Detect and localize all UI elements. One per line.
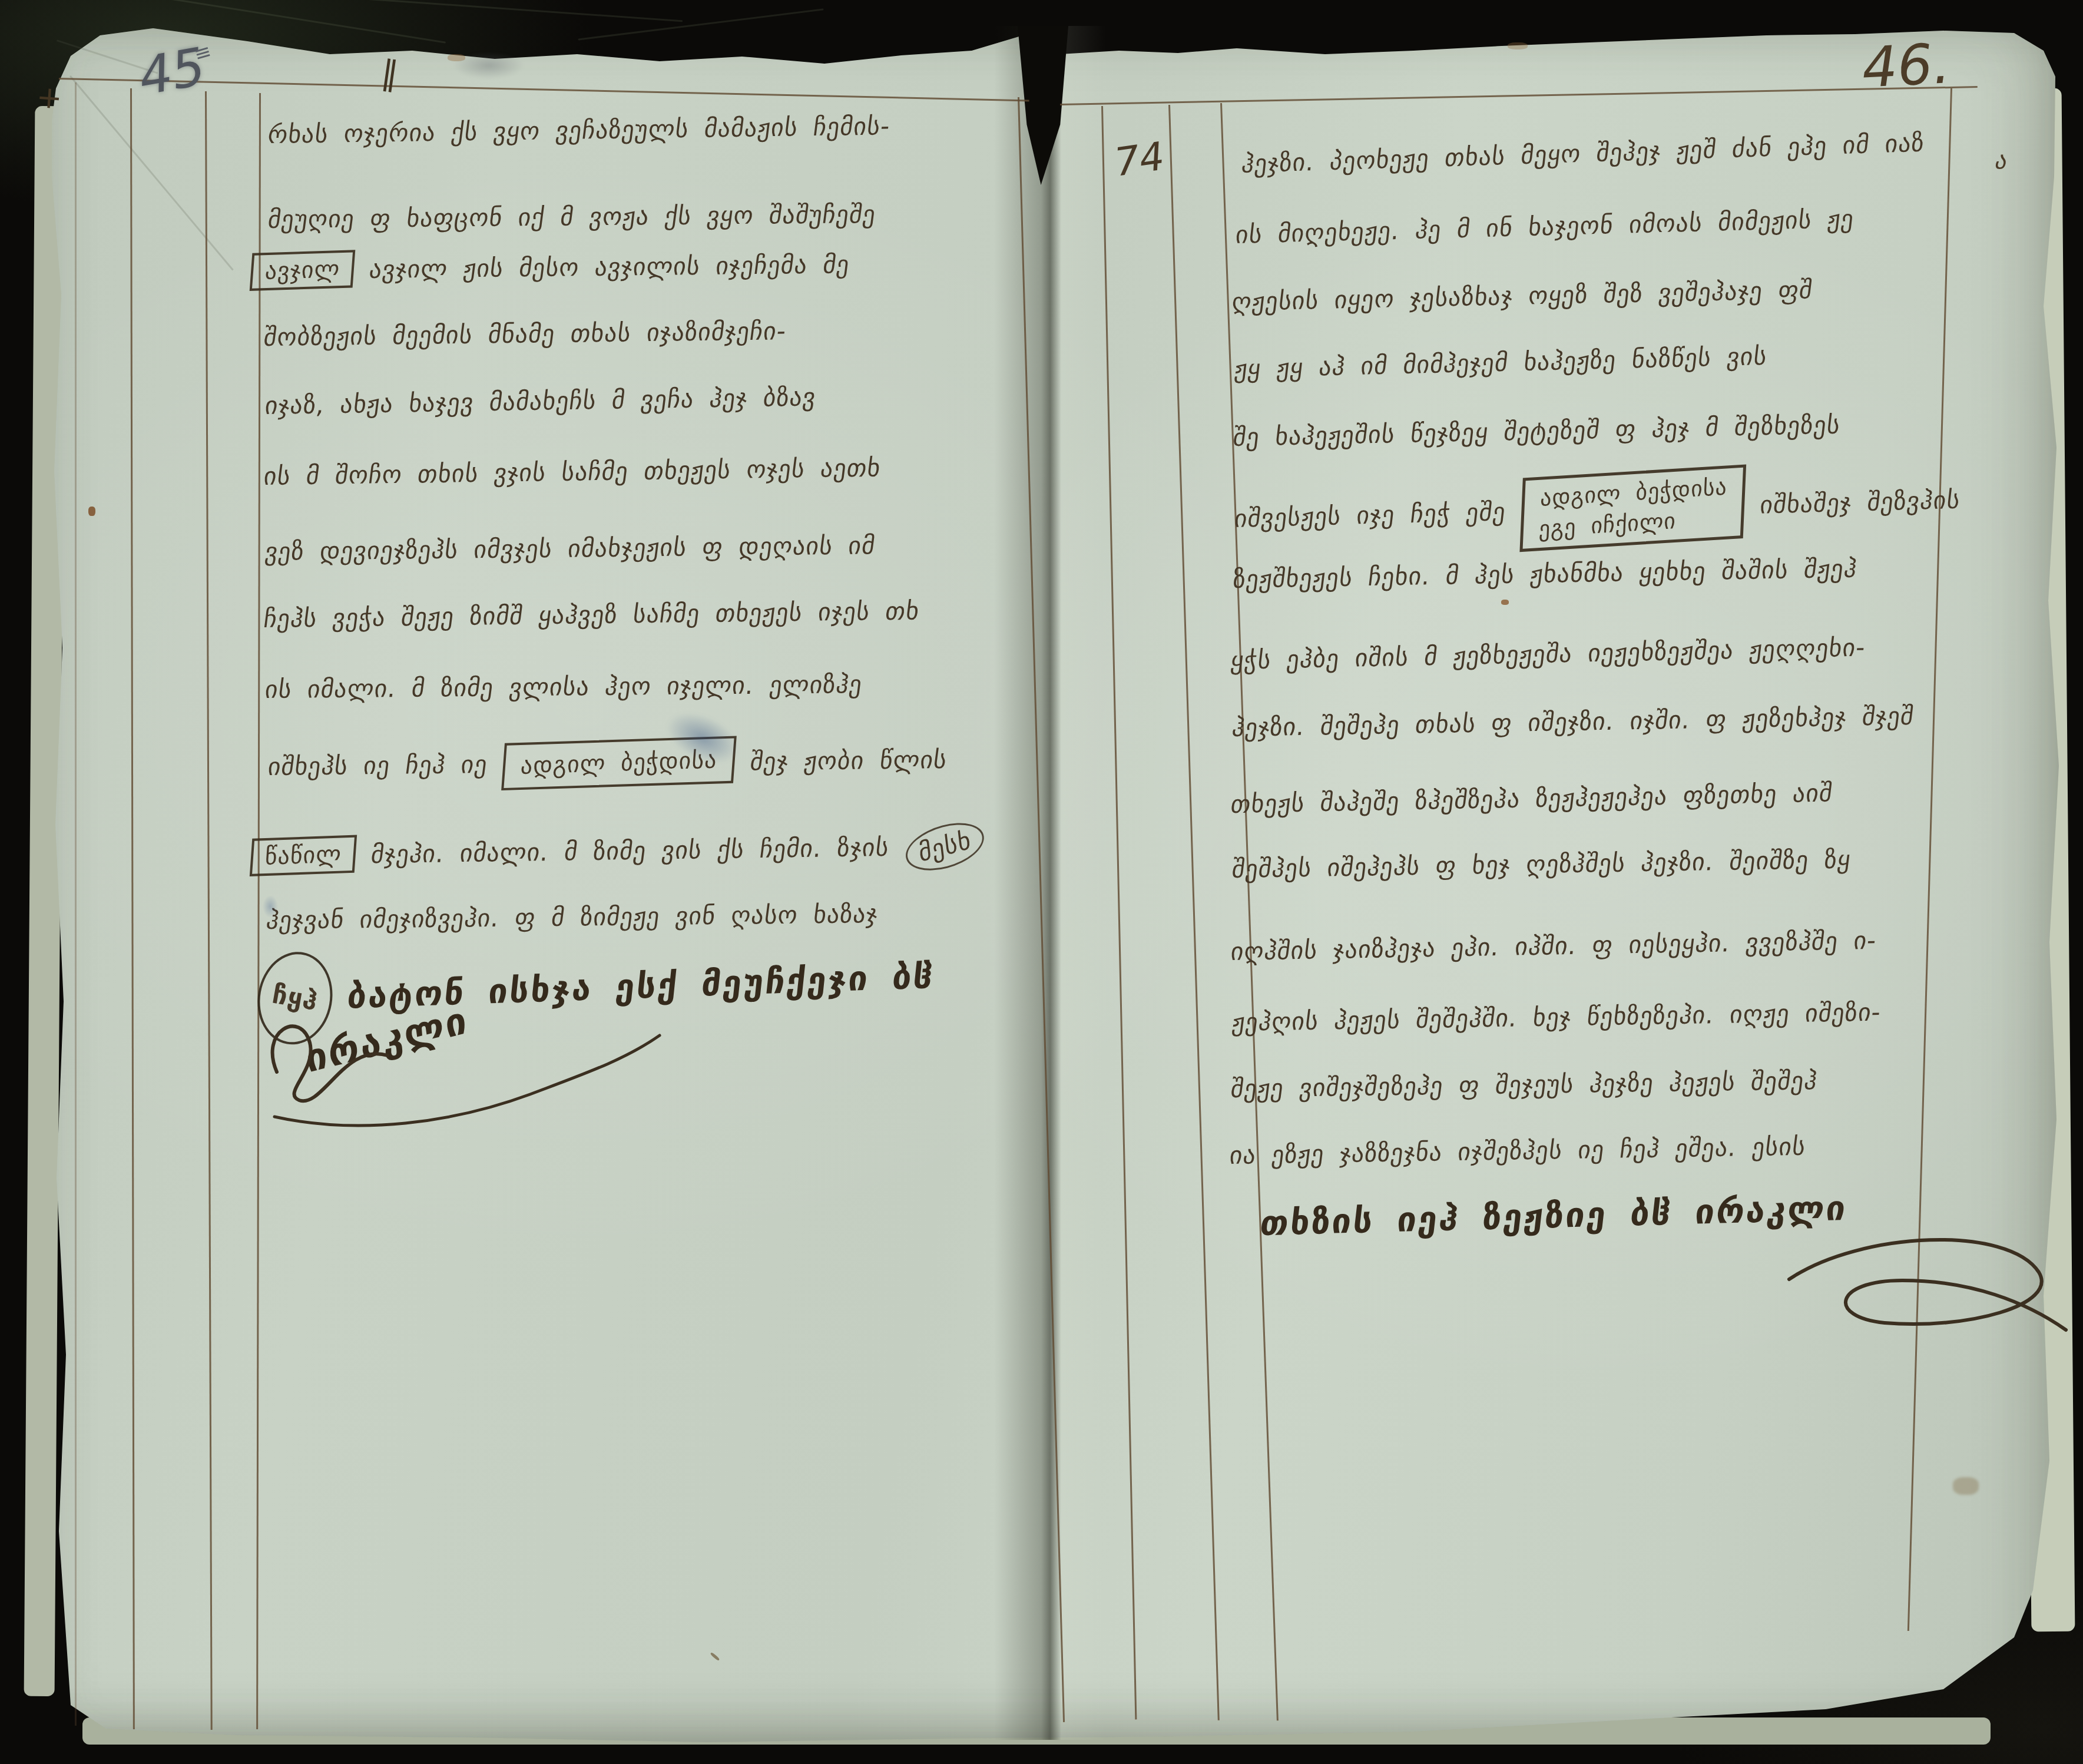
boxed-word: წაწილ — [250, 835, 357, 876]
handwritten-line-with-seal-box: იშხეჰს იე ჩეჰ იე ადგილ ბეჭდისა შეჯ ჟობი … — [268, 736, 948, 790]
signature-flourish-left — [253, 1001, 677, 1143]
ruled-line-vertical — [75, 82, 77, 1726]
page-number-right: 46. — [1860, 32, 1952, 101]
handwritten-line: მეუღიე ფ ხაფცონ იქ მ ვოჟა ქს ვყო შაშუჩეშ… — [268, 202, 876, 232]
cover-scratch — [578, 8, 823, 40]
blue-ink-dot — [263, 895, 278, 918]
edge-cross-mark: + — [35, 80, 60, 116]
rust-speck — [1501, 600, 1509, 605]
handwritten-line: ვეზ დევიეჯზეჰს იმვჯეს იმახჯეჟის ფ დეღაის… — [265, 533, 876, 564]
edge-stain — [1508, 42, 1528, 49]
margin-letter: ა — [1994, 147, 2006, 174]
cover-scratch — [307, 0, 683, 22]
margin-number: 74 — [1112, 134, 1167, 186]
handwritten-line-with-box: ავჯილ ავჯილ ჟის მესო ავჯილის იჯეჩემა მე — [251, 246, 850, 290]
seal-box-line: ეგე იჩქილი — [1538, 505, 1727, 542]
signature-flourish-right — [1773, 1209, 2079, 1385]
rust-speck — [88, 507, 95, 516]
edge-stain — [1953, 1477, 1979, 1495]
manuscript-scan: 45 ≡ 46. 74 ა + ‖ რხას ოჯერია ქს ვყო ვეჩ… — [0, 0, 2083, 1764]
boxed-word: ავჯილ — [250, 250, 356, 291]
handwritten-line: შობზეჟის მეემის მნამე თხას იჯაზიმჯეჩი- — [264, 319, 787, 350]
handwritten-line: ის იმალი. მ ზიმე ვლისა ჰეო იჯელი. ელიზჰე — [265, 672, 863, 702]
gutter-fold-shadow — [994, 26, 1106, 1740]
seal-place-box: ადგილ ბეჭდისა ეგე იჩქილი — [1519, 464, 1746, 552]
handwritten-line: ჰეჯვან იმეჯიზვეჰი. ფ მ ზიმეჟე ვინ ღასო ხ… — [266, 902, 878, 933]
edge-stain — [448, 54, 465, 61]
